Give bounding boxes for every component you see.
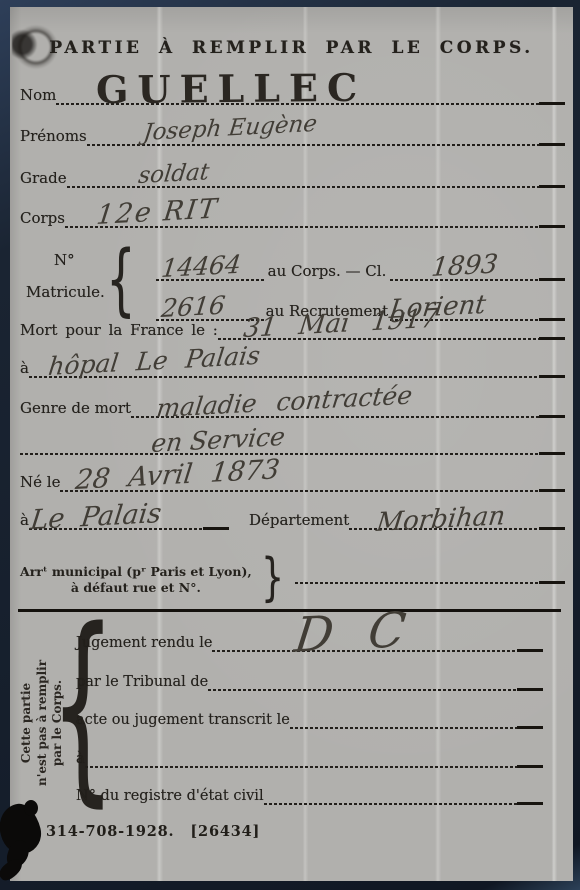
- arrondissement-label-line1: Arrᵗ municipal (pʳ Paris et Lyon),: [20, 564, 252, 580]
- matricule-label: Matricule.: [26, 285, 105, 302]
- ne-le-label: Né le: [20, 475, 60, 492]
- dotted-line: Joseph Eugène: [87, 143, 565, 146]
- dotted-line: [290, 726, 543, 729]
- field-tribunal: par le Tribunal de: [76, 659, 543, 691]
- dotted-line: [85, 765, 543, 768]
- tribunal-label: par le Tribunal de: [76, 675, 208, 692]
- genre-mort-label: Genre de mort: [20, 401, 131, 418]
- grade-label: Grade: [20, 171, 67, 188]
- genre-mort-value-line2: en Service: [150, 424, 287, 456]
- dotted-line: 31 Mai 1917: [218, 337, 565, 340]
- jugement-label: Jugement rendu le: [76, 636, 212, 653]
- matricule-no-label: N°: [54, 253, 75, 270]
- side-note-line2: n'est pas à remplir: [35, 648, 51, 798]
- dotted-line: GUELLEC: [56, 102, 565, 105]
- prenoms-value: Joseph Eugène: [142, 113, 318, 145]
- jugement-value: D C: [292, 606, 408, 660]
- dotted-line: 28 Avril 1873: [60, 489, 565, 492]
- field-registre: N° du registre d'état civil: [76, 773, 543, 805]
- field-genre-mort-line2: en Service: [20, 425, 565, 455]
- matricule-classe: 1893: [430, 251, 499, 281]
- dotted-line: [208, 688, 543, 691]
- civil-lieu-label: à: [76, 752, 85, 769]
- dotted-line: 14464: [156, 278, 264, 281]
- field-prenoms: Prénoms Joseph Eugène: [20, 116, 565, 146]
- grade-value: soldat: [137, 161, 210, 188]
- dotted-line: Morbihan: [349, 527, 565, 530]
- field-mort-date: Mort pour la France le : 31 Mai 1917: [20, 310, 565, 340]
- dotted-line: hôpal Le Palais: [29, 375, 565, 378]
- arrondissement-brace: }: [261, 552, 284, 604]
- ne-lieu-value: Le Palais: [29, 500, 163, 534]
- side-note-line1: Cette partie: [19, 648, 35, 798]
- genre-mort-value: maladie contractée: [155, 382, 414, 421]
- field-ne-lieu: à Le Palais Département Morbihan: [20, 500, 565, 530]
- field-corps: Corps 12e RIT: [20, 198, 565, 228]
- dotted-line: en Service: [20, 452, 565, 455]
- dotted-line: maladie contractée: [131, 415, 565, 418]
- field-genre-mort: Genre de mort maladie contractée: [20, 388, 565, 418]
- field-civil-lieu: à: [76, 736, 543, 768]
- section-title: PARTIE À REMPLIR PAR LE CORPS.: [10, 38, 573, 58]
- matricule-corps-number: 14464: [160, 252, 243, 281]
- corps-label: Corps: [20, 211, 65, 228]
- dotted-line: 12e RIT: [65, 225, 565, 228]
- dotted-line: D C: [212, 649, 543, 652]
- imprint-number: 314-708-1928.: [46, 823, 174, 840]
- dotted-line: [295, 581, 565, 584]
- prenoms-label: Prénoms: [20, 129, 87, 146]
- field-ne-le: Né le 28 Avril 1873: [20, 462, 565, 492]
- ne-lieu-label: à: [20, 513, 29, 530]
- mort-lieu-value: hôpal Le Palais: [47, 343, 261, 379]
- registre-label: N° du registre d'état civil: [76, 789, 264, 806]
- nom-label: Nom: [20, 88, 56, 105]
- field-transcrit: acte ou jugement transcrit le: [76, 697, 543, 729]
- field-jugement: Jugement rendu le D C: [76, 620, 543, 652]
- dotted-line: Le Palais: [29, 527, 229, 530]
- au-corps-label: au Corps. — Cl.: [268, 264, 387, 281]
- ne-le-value: 28 Avril 1873: [74, 456, 281, 494]
- departement-value: Morbihan: [375, 503, 507, 536]
- mort-lieu-label: à: [20, 361, 29, 378]
- dotted-line: 1893: [390, 278, 565, 281]
- imprint: 314-708-1928.[26434]: [46, 823, 276, 840]
- mort-date-label: Mort pour la France le :: [20, 323, 218, 340]
- nom-value: GUELLEC: [96, 69, 367, 109]
- ink-blot-icon: [0, 800, 58, 890]
- field-mort-lieu: à hôpal Le Palais: [20, 348, 565, 378]
- dotted-line: soldat: [67, 185, 565, 188]
- corps-value: 12e RIT: [95, 195, 220, 229]
- departement-label: Département: [249, 513, 349, 530]
- record-card: PARTIE À REMPLIR PAR LE CORPS. Nom GUELL…: [10, 7, 573, 881]
- imprint-reference: [26434]: [190, 823, 260, 840]
- matricule-row-corps: 14464 au Corps. — Cl. 1893: [156, 247, 565, 281]
- mort-date-value: 31 Mai 1917: [242, 306, 439, 342]
- dotted-line: [264, 802, 543, 805]
- matricule-brace: {: [106, 241, 136, 321]
- field-nom: Nom GUELLEC: [20, 69, 565, 105]
- transcrit-label: acte ou jugement transcrit le: [76, 713, 290, 730]
- field-grade: Grade soldat: [20, 158, 565, 188]
